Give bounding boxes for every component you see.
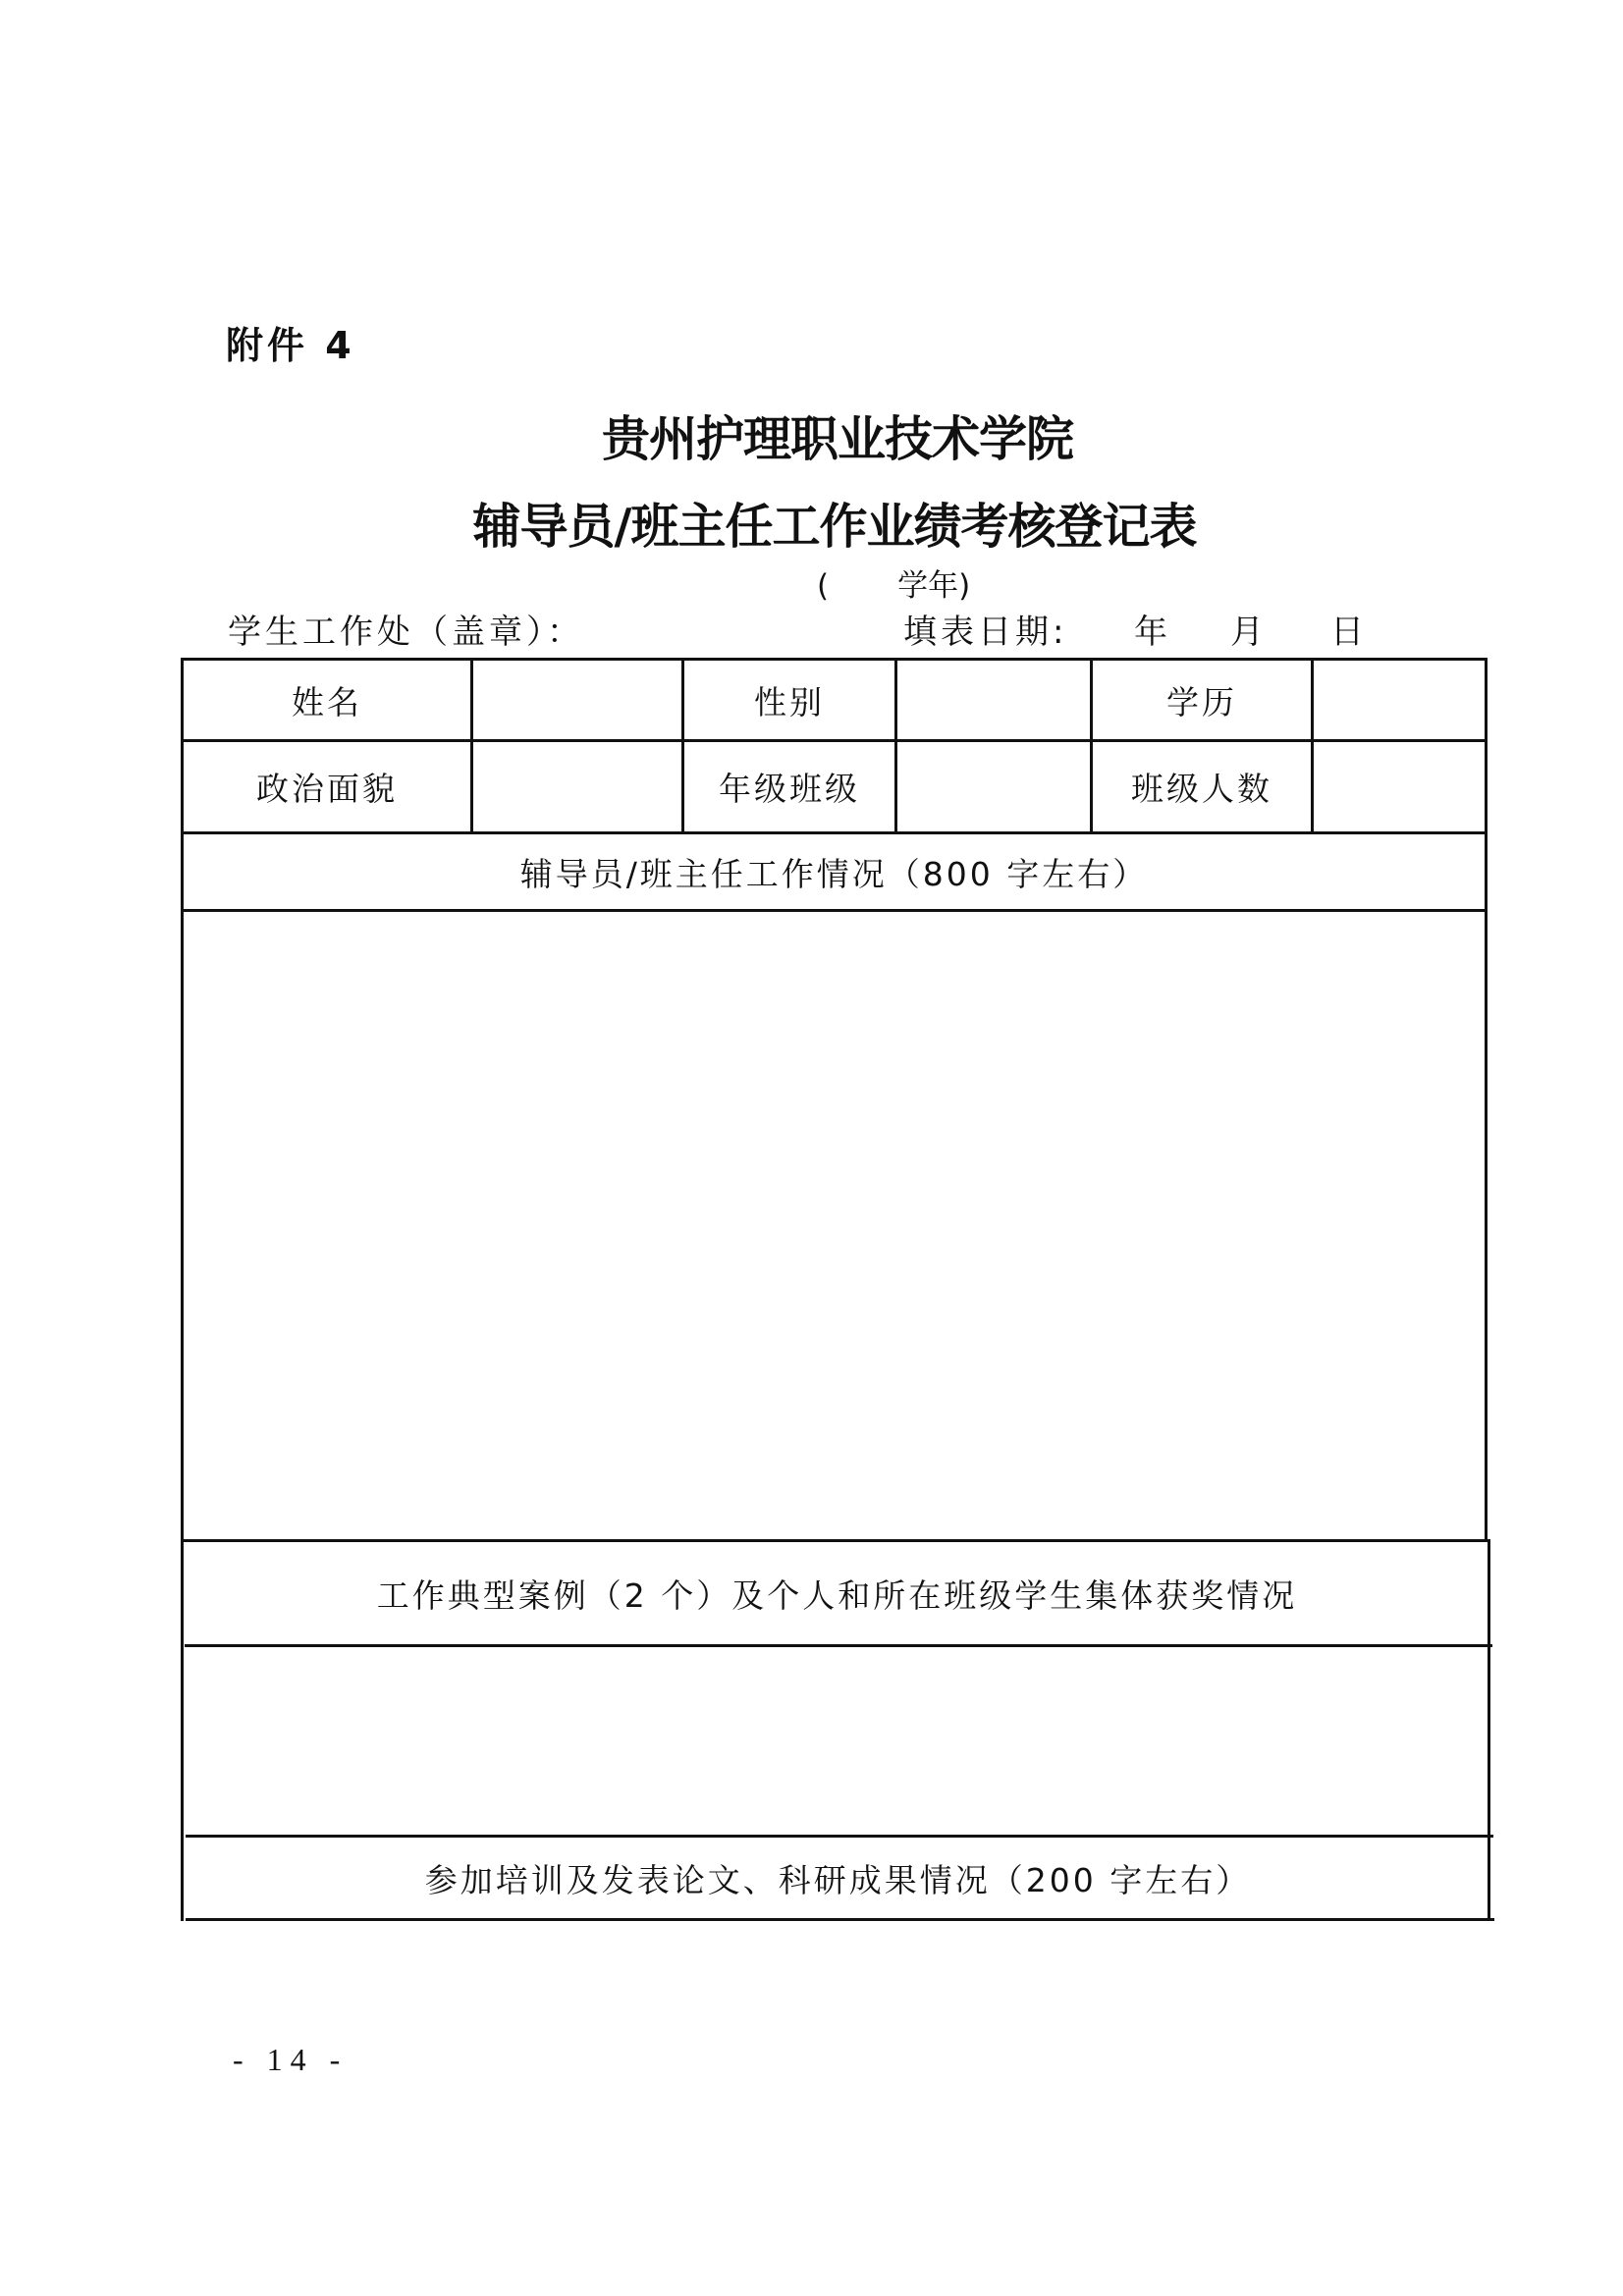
education-label: 学历 [1093,661,1311,739]
academic-year-open: ( [817,568,829,604]
class-size-field[interactable] [1314,742,1485,831]
fill-date-label: 填表日期: [903,615,1067,649]
academic-year-suffix: 学年) [897,568,970,604]
table-border-right [1488,1539,1490,1921]
training-research-heading: 参加培训及发表论文、科研成果情况（200 字左右） [189,1838,1488,1918]
work-summary-field[interactable] [184,912,1485,1539]
table-border-right [1485,658,1488,1541]
name-label: 姓名 [184,661,470,739]
education-field[interactable] [1314,661,1485,739]
page-number: - 14 - [233,2044,348,2075]
gender-label: 性别 [684,661,894,739]
attachment-label: 附件 4 [226,327,355,364]
fill-date-day: 日 [1330,615,1364,649]
cases-awards-heading: 工作典型案例（2 个）及个人和所在班级学生集体获奖情况 [187,1542,1488,1644]
grade-class-label: 年级班级 [684,742,894,831]
political-status-label: 政治面貌 [184,742,470,831]
fill-date-month: 月 [1230,615,1264,649]
cases-awards-field[interactable] [187,1647,1488,1835]
work-summary-heading: 辅导员/班主任工作情况（800 字左右） [184,834,1485,909]
fill-date-year: 年 [1134,615,1167,649]
name-field[interactable] [473,661,681,739]
grade-class-field[interactable] [897,742,1090,831]
academic-year-line: (学年) [817,571,970,602]
table-border-bottom [186,1918,1494,1921]
form-title: 辅导员/班主任工作业绩考核登记表 [0,503,1623,551]
political-status-field[interactable] [473,742,681,831]
stamp-label: 学生工作处（盖章）： [228,615,584,649]
institution-title: 贵州护理职业技术学院 [0,415,1623,463]
class-size-label: 班级人数 [1093,742,1311,831]
gender-field[interactable] [897,661,1090,739]
